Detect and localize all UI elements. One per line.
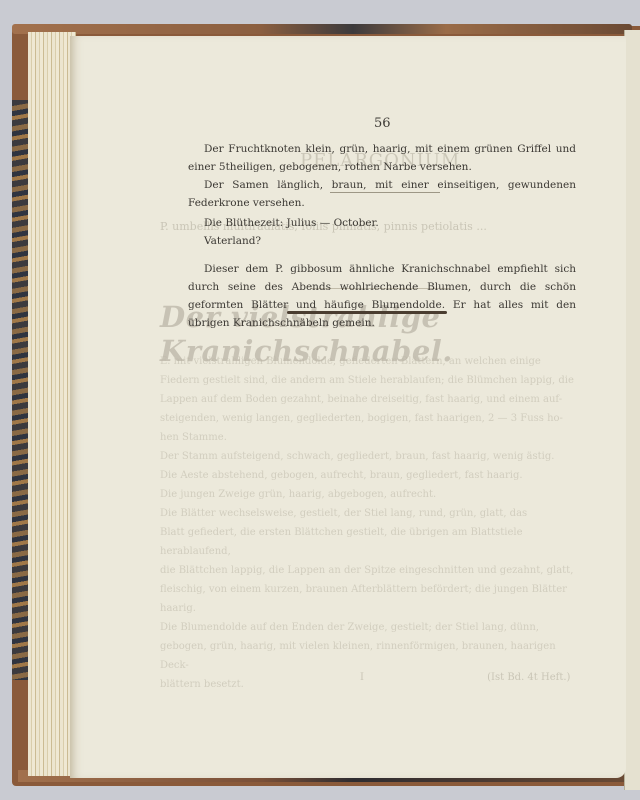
page-number: 56 <box>374 116 391 131</box>
show-through-body: E. mit vielstrahligen Blumendolde, gefie… <box>160 352 580 694</box>
page-stack-edges <box>28 32 76 776</box>
paragraph-samen: Der Samen länglich, braun, mit einer ein… <box>188 176 576 212</box>
next-page-edge <box>624 30 640 790</box>
paragraph-bluethezeit: Die Blüthezeit: Julius — October. <box>188 214 576 232</box>
page-body-text: Der Fruchtknoten klein, grün, haarig, mi… <box>188 140 576 332</box>
book-cover-top-edge <box>12 24 632 34</box>
show-through-footer: I (Ist Bd. 4t Heft.) <box>360 672 570 683</box>
marbled-cover-edge <box>12 100 28 680</box>
paragraph-fruchtknoten: Der Fruchtknoten klein, grün, haarig, mi… <box>188 140 576 176</box>
paragraph-description: Dieser dem P. gibbosum ähnliche Kranichs… <box>188 260 576 332</box>
paragraph-vaterland: Vaterland? <box>188 232 576 250</box>
